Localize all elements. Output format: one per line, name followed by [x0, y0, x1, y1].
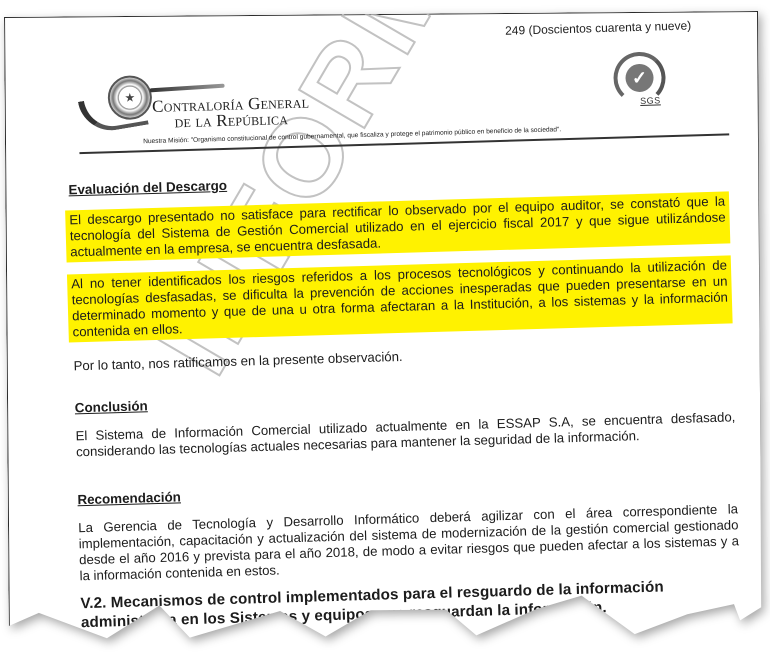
- org-logo: ★ Contraloría General de la República: [71, 69, 373, 138]
- section-v2-heading: V.2. Mecanismos de control implementados…: [80, 575, 741, 632]
- observacion-section: Observación CGR N° 103: [82, 631, 742, 666]
- evaluacion-paragraph-1: El descargo presentado no satisface para…: [65, 191, 730, 262]
- swoosh-line: [150, 84, 225, 93]
- conclusion-heading: Conclusión: [75, 381, 735, 416]
- document-page-shadow: INFORME FINAL 249 (Doscientos cuarenta y…: [4, 14, 760, 664]
- observacion-heading: Observación CGR N° 103: [82, 631, 742, 666]
- recomendacion-heading: Recomendación: [77, 473, 737, 508]
- conclusion-text: El Sistema de Información Comercial util…: [75, 409, 736, 460]
- org-name-line2: de la República: [152, 110, 309, 131]
- recomendacion-text: La Gerencia de Tecnología y Desarrollo I…: [78, 501, 740, 584]
- document-page: INFORME FINAL 249 (Doscientos cuarenta y…: [4, 11, 763, 665]
- certification-badge: ✓ SGS: [613, 51, 664, 102]
- evaluacion-paragraph-3: Por lo tanto, nos ratificamos en la pres…: [73, 339, 733, 374]
- cert-label: SGS: [640, 95, 661, 106]
- org-name: Contraloría General de la República: [152, 94, 310, 131]
- page-number: 249 (Doscientos cuarenta y nueve): [505, 18, 691, 37]
- evaluacion-heading: Evaluación del Descargo: [68, 163, 728, 198]
- conclusion-section: Conclusión El Sistema de Información Com…: [75, 381, 736, 460]
- evaluacion-paragraph-2: Al no tener identificados los riesgos re…: [67, 255, 733, 342]
- evaluacion-section: Evaluación del Descargo El descargo pres…: [68, 163, 733, 374]
- page-content: INFORME FINAL 249 (Doscientos cuarenta y…: [0, 3, 770, 670]
- recomendacion-section: Recomendación La Gerencia de Tecnología …: [77, 473, 739, 584]
- observacion-cut-text: La Gerencia de Tecnología y Desarrollo I…: [82, 655, 483, 672]
